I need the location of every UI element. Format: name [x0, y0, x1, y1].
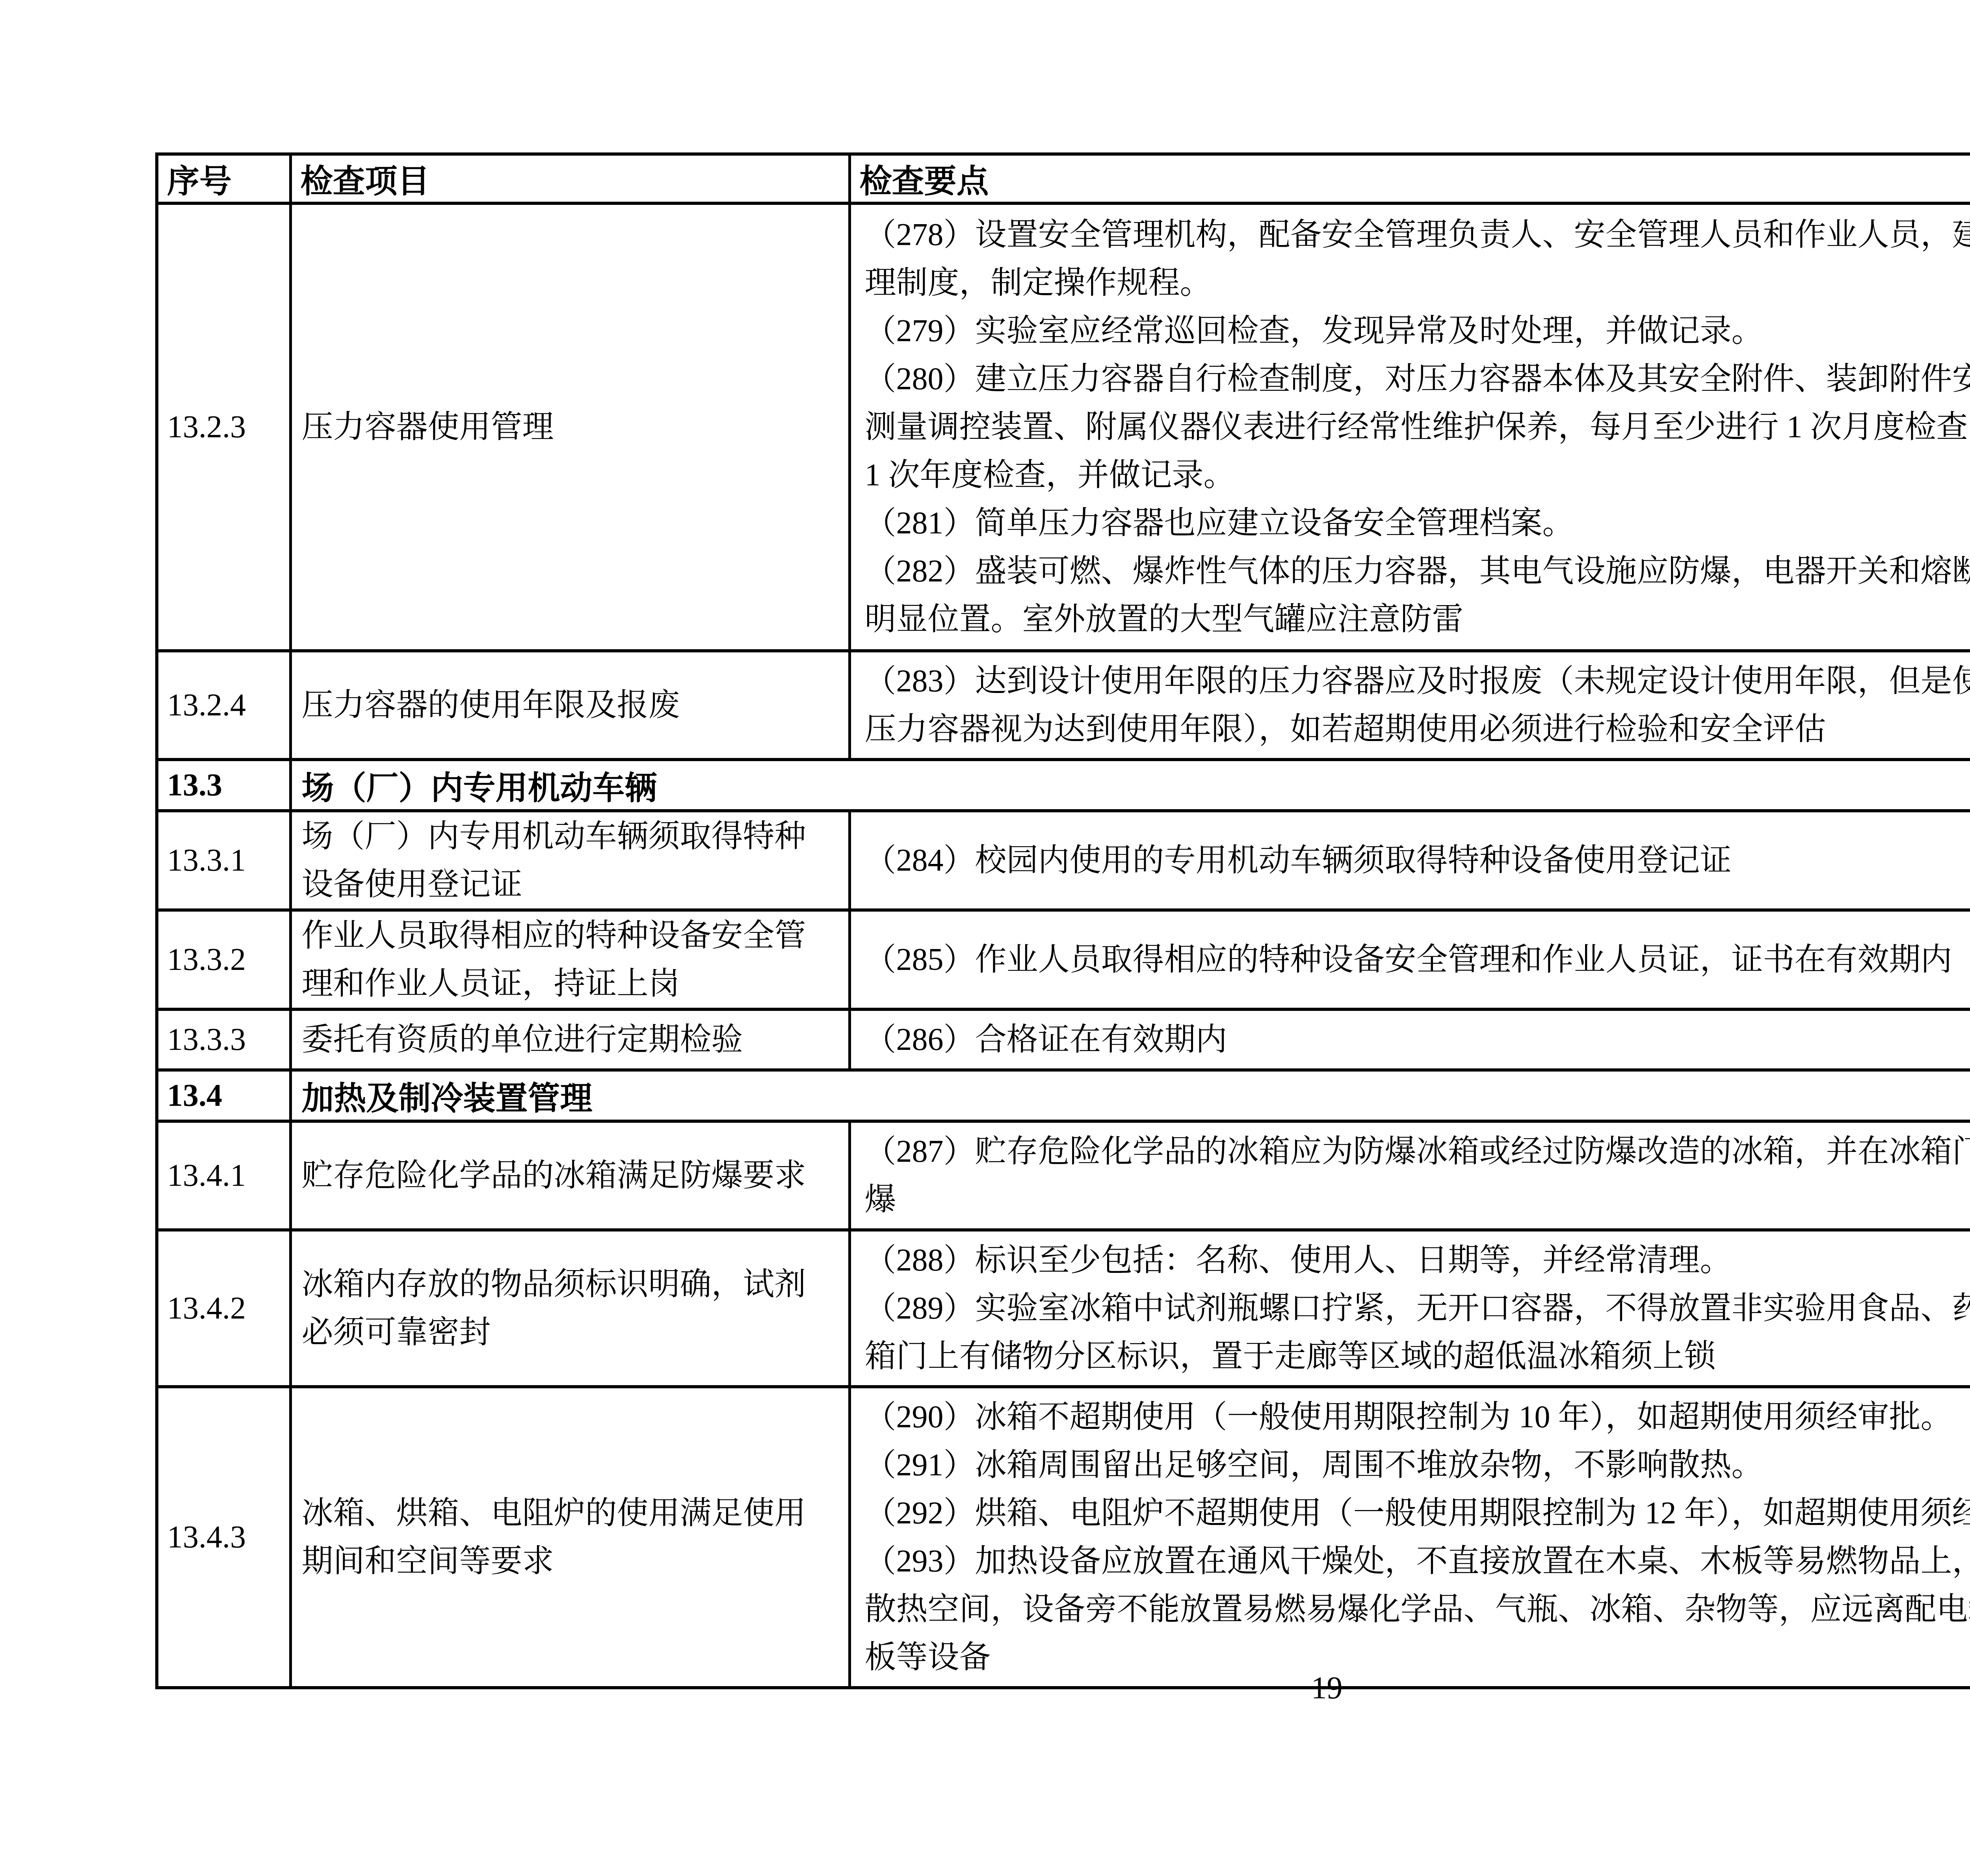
row-id: 13.3.2 — [157, 910, 290, 1009]
check-point: （286）合格证在有效期内 — [865, 1016, 1970, 1064]
row-id: 13.4.1 — [157, 1121, 290, 1230]
check-point: （293）加热设备应放置在通风干燥处，不直接放置在木桌、木板等易燃物品上，周围有… — [865, 1537, 1970, 1681]
check-point: （292）烘箱、电阻炉不超期使用（一般使用期限控制为 12 年），如超期使用须经… — [865, 1489, 1970, 1537]
section-row: 13.4 加热及制冷装置管理 — [157, 1070, 1970, 1121]
points-cell: （286）合格证在有效期内 — [849, 1009, 1970, 1070]
col-header-item: 检查项目 — [290, 154, 849, 203]
row-id: 13.3.3 — [157, 1009, 290, 1070]
points-cell: （285）作业人员取得相应的特种设备安全管理和作业人员证，证书在有效期内 — [849, 910, 1970, 1009]
points-cell: （290）冰箱不超期使用（一般使用期限控制为 10 年），如超期使用须经审批。 … — [849, 1387, 1970, 1688]
points-cell: （287）贮存危险化学品的冰箱应为防爆冰箱或经过防爆改造的冰箱，并在冰箱门上注明… — [849, 1121, 1970, 1230]
table-row: 13.4.3 冰箱、烘箱、电阻炉的使用满足使用 期间和空间等要求 （290）冰箱… — [157, 1387, 1970, 1688]
points-cell: （278）设置安全管理机构，配备安全管理负责人、安全管理人员和作业人员，建立各项… — [849, 203, 1970, 651]
points-cell: （284）校园内使用的专用机动车辆须取得特种设备使用登记证 — [849, 811, 1970, 910]
row-id: 13.2.4 — [157, 651, 290, 760]
item-cell: 委托有资质的单位进行定期检验 — [290, 1009, 849, 1070]
points-cell: （283）达到设计使用年限的压力容器应及时报废（未规定设计使用年限，但是使用超过… — [849, 651, 1970, 760]
section-title-cell: 场（厂）内专用机动车辆 — [290, 760, 1970, 811]
check-point: （285）作业人员取得相应的特种设备安全管理和作业人员证，证书在有效期内 — [865, 936, 1970, 984]
item-cell: 压力容器使用管理 — [290, 203, 849, 651]
table-row: 13.2.3 压力容器使用管理 （278）设置安全管理机构，配备安全管理负责人、… — [157, 203, 1970, 651]
check-point: （279）实验室应经常巡回检查，发现异常及时处理，并做记录。 — [865, 307, 1970, 355]
check-point: （289）实验室冰箱中试剂瓶螺口拧紧，无开口容器，不得放置非实验用食品、药品。超… — [865, 1284, 1970, 1380]
check-point: （282）盛装可燃、爆炸性气体的压力容器，其电气设施应防爆，电器开关和熔断器都应… — [865, 547, 1970, 643]
document-page: 序号 检查项目 检查要点 情况记录 13.2.3 压力容器使用管理 （278）设… — [0, 0, 1970, 1876]
section-row: 13.3 场（厂）内专用机动车辆 — [157, 760, 1970, 811]
table-row: 13.3.1 场（厂）内专用机动车辆须取得特种 设备使用登记证 （284）校园内… — [157, 811, 1970, 910]
row-id: 13.4.3 — [157, 1387, 290, 1688]
check-point: （291）冰箱周围留出足够空间，周围不堆放杂物，不影响散热。 — [865, 1441, 1970, 1489]
col-header-seq: 序号 — [157, 154, 290, 203]
page-number: 19 — [0, 1668, 1970, 1708]
table-row: 13.3.2 作业人员取得相应的特种设备安全管 理和作业人员证，持证上岗 （28… — [157, 910, 1970, 1009]
row-id: 13.3.1 — [157, 811, 290, 910]
check-point: （283）达到设计使用年限的压力容器应及时报废（未规定设计使用年限，但是使用超过… — [865, 657, 1970, 753]
table-header-row: 序号 检查项目 检查要点 情况记录 — [157, 154, 1970, 203]
check-point: （278）设置安全管理机构，配备安全管理负责人、安全管理人员和作业人员，建立各项… — [865, 211, 1970, 307]
item-cell: 压力容器的使用年限及报废 — [290, 651, 849, 760]
row-id: 13.2.3 — [157, 203, 290, 651]
check-point: （284）校园内使用的专用机动车辆须取得特种设备使用登记证 — [865, 836, 1970, 884]
row-id: 13.3 — [157, 760, 290, 811]
table-row: 13.2.4 压力容器的使用年限及报废 （283）达到设计使用年限的压力容器应及… — [157, 651, 1970, 760]
item-cell: 冰箱内存放的物品须标识明确，试剂 必须可靠密封 — [290, 1230, 849, 1387]
check-point: （287）贮存危险化学品的冰箱应为防爆冰箱或经过防爆改造的冰箱，并在冰箱门上注明… — [865, 1127, 1970, 1224]
item-cell: 场（厂）内专用机动车辆须取得特种 设备使用登记证 — [290, 811, 849, 910]
check-point: （290）冰箱不超期使用（一般使用期限控制为 10 年），如超期使用须经审批。 — [865, 1393, 1970, 1441]
table-row: 13.4.2 冰箱内存放的物品须标识明确，试剂 必须可靠密封 （288）标识至少… — [157, 1230, 1970, 1387]
check-point: （281）简单压力容器也应建立设备安全管理档案。 — [865, 499, 1970, 547]
item-cell: 冰箱、烘箱、电阻炉的使用满足使用 期间和空间等要求 — [290, 1387, 849, 1688]
col-header-points: 检查要点 — [849, 154, 1970, 203]
section-title-cell: 加热及制冷装置管理 — [290, 1070, 1970, 1121]
table-row: 13.4.1 贮存危险化学品的冰箱满足防爆要求 （287）贮存危险化学品的冰箱应… — [157, 1121, 1970, 1230]
item-cell: 作业人员取得相应的特种设备安全管 理和作业人员证，持证上岗 — [290, 910, 849, 1009]
check-point: （280）建立压力容器自行检查制度，对压力容器本体及其安全附件、装卸附件安全保护… — [865, 355, 1970, 499]
row-id: 13.4.2 — [157, 1230, 290, 1387]
item-cell: 贮存危险化学品的冰箱满足防爆要求 — [290, 1121, 849, 1230]
inspection-table: 序号 检查项目 检查要点 情况记录 13.2.3 压力容器使用管理 （278）设… — [155, 152, 1970, 1689]
points-cell: （288）标识至少包括：名称、使用人、日期等，并经常清理。 （289）实验室冰箱… — [849, 1230, 1970, 1387]
row-id: 13.4 — [157, 1070, 290, 1121]
table-row: 13.3.3 委托有资质的单位进行定期检验 （286）合格证在有效期内 — [157, 1009, 1970, 1070]
check-point: （288）标识至少包括：名称、使用人、日期等，并经常清理。 — [865, 1236, 1970, 1284]
